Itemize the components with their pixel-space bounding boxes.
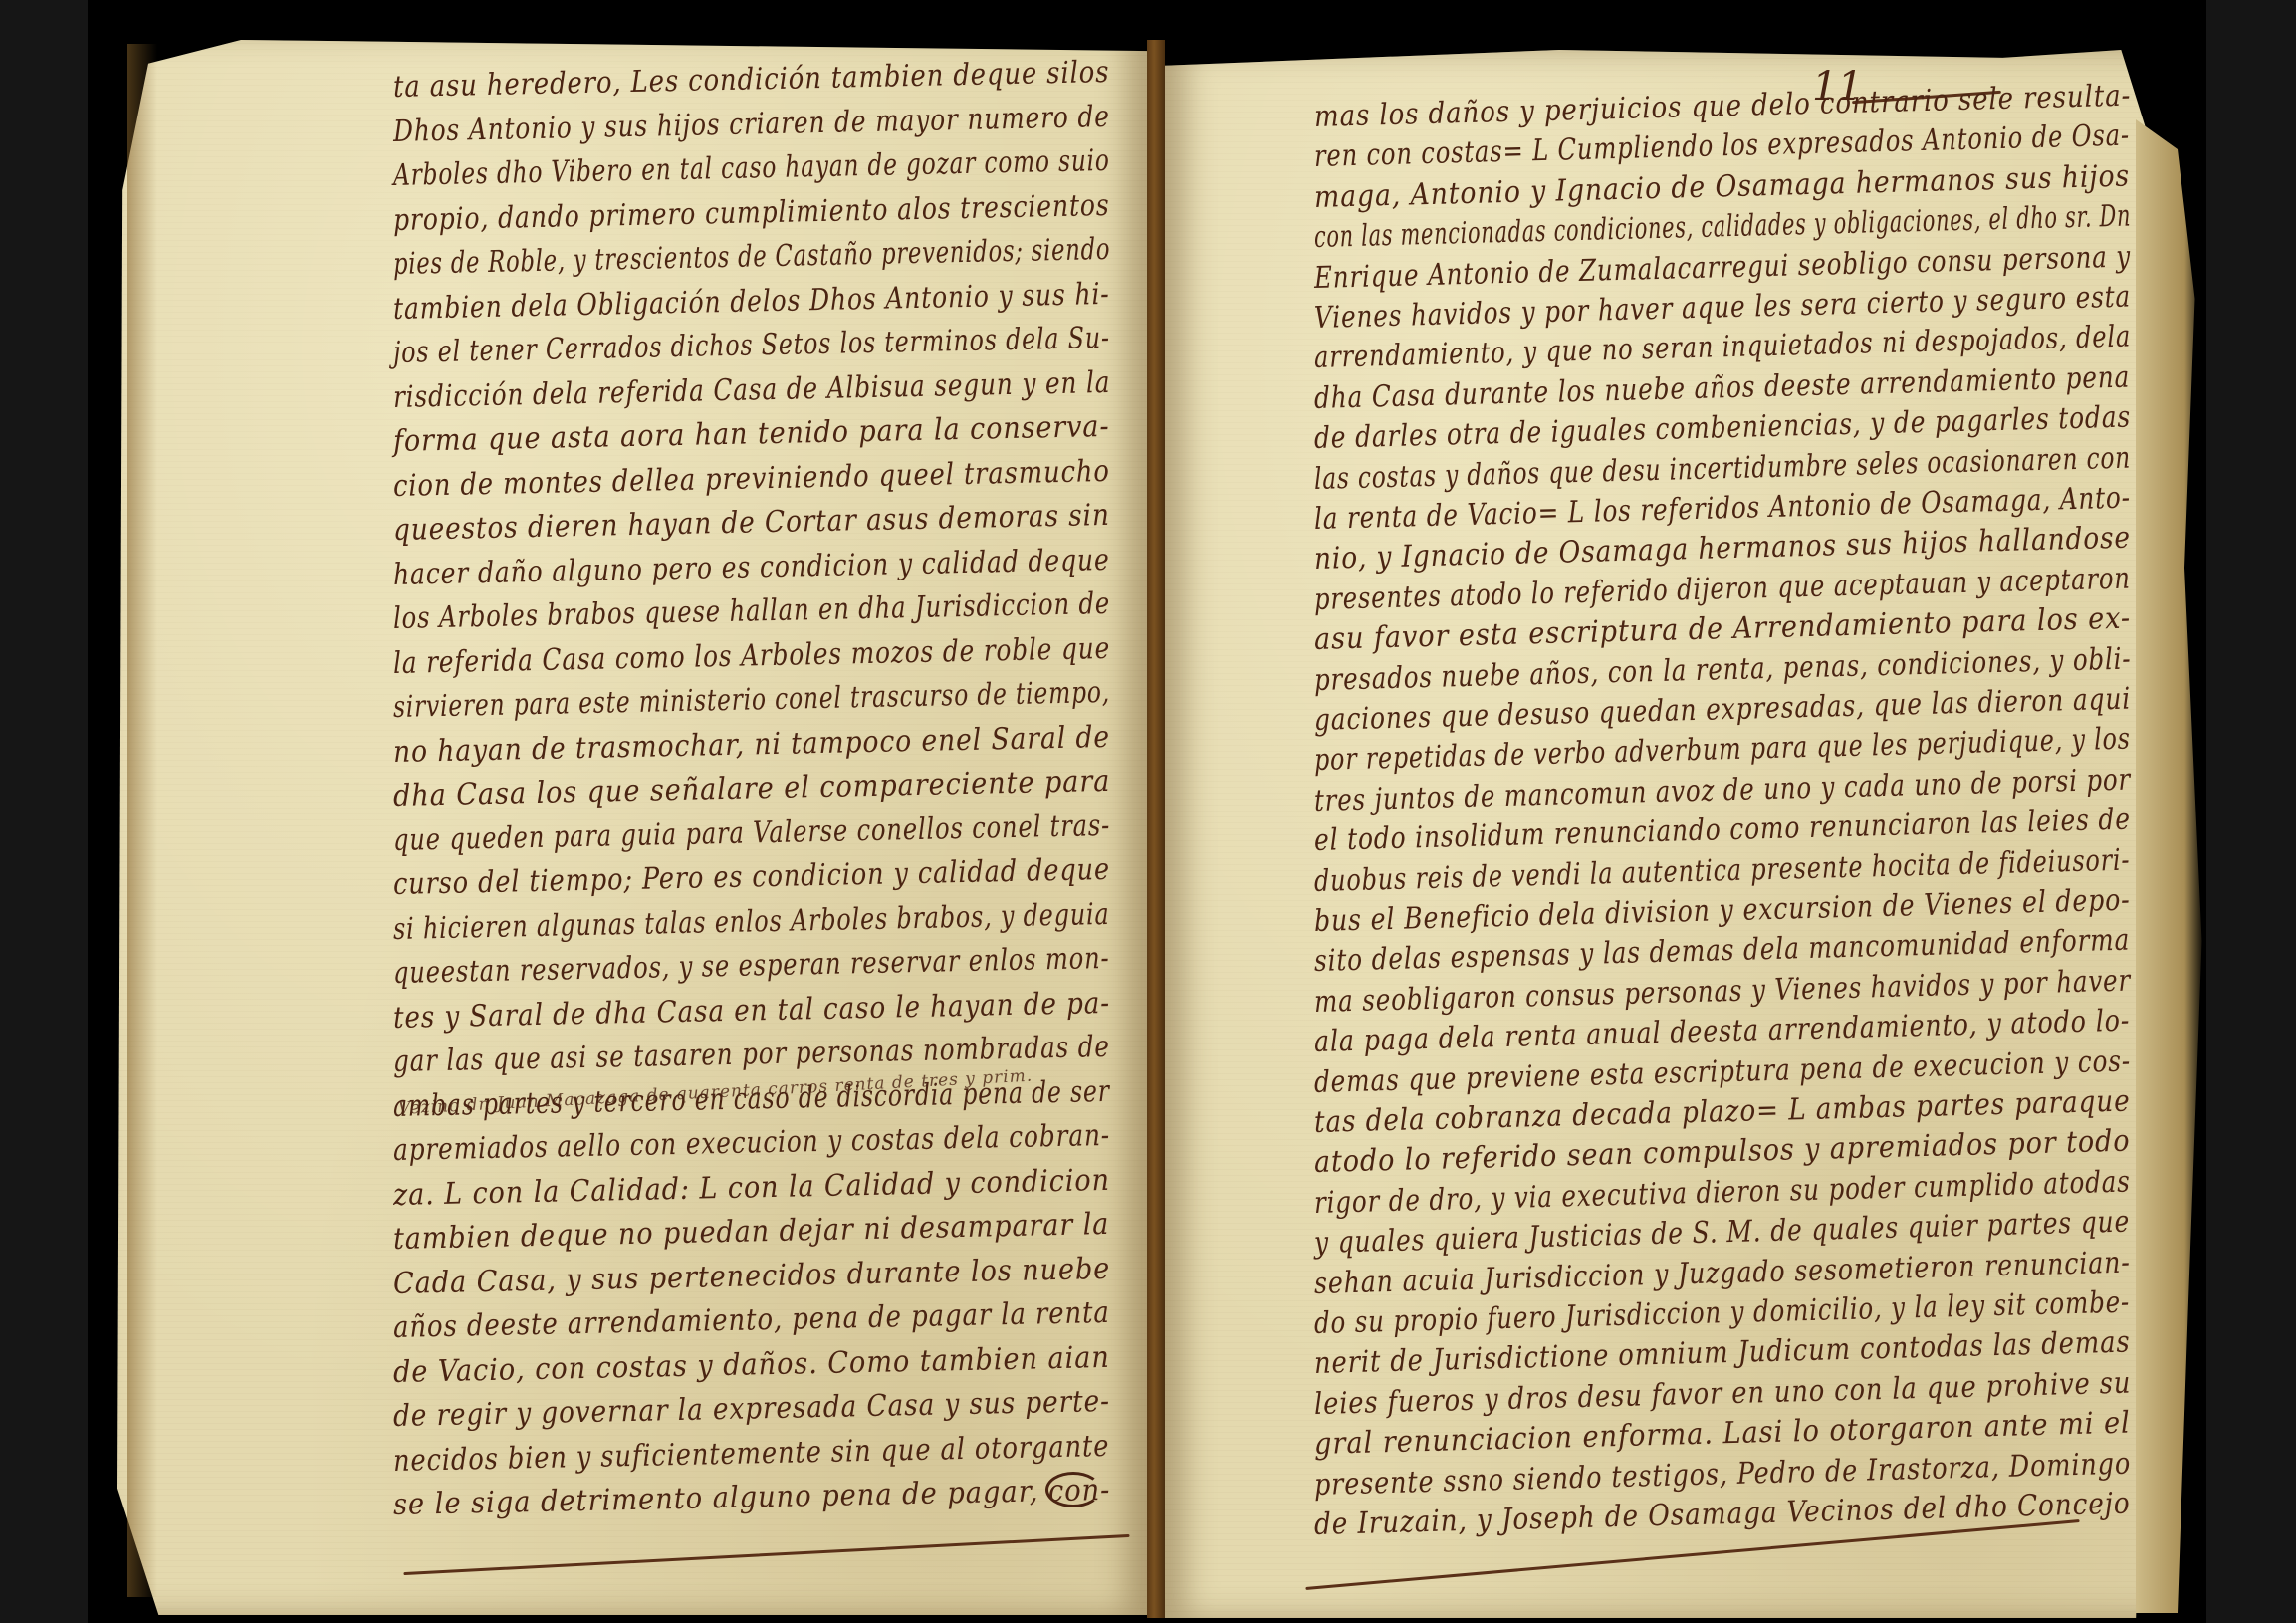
left-dark-band: [0, 0, 88, 1623]
book-gutter: [1147, 40, 1165, 1618]
right-dark-band: [2206, 0, 2296, 1623]
left-page-flourish: [1045, 1472, 1101, 1507]
left-page-worn-edge: [127, 44, 157, 1597]
right-page-torn-edge: [2136, 119, 2205, 1613]
